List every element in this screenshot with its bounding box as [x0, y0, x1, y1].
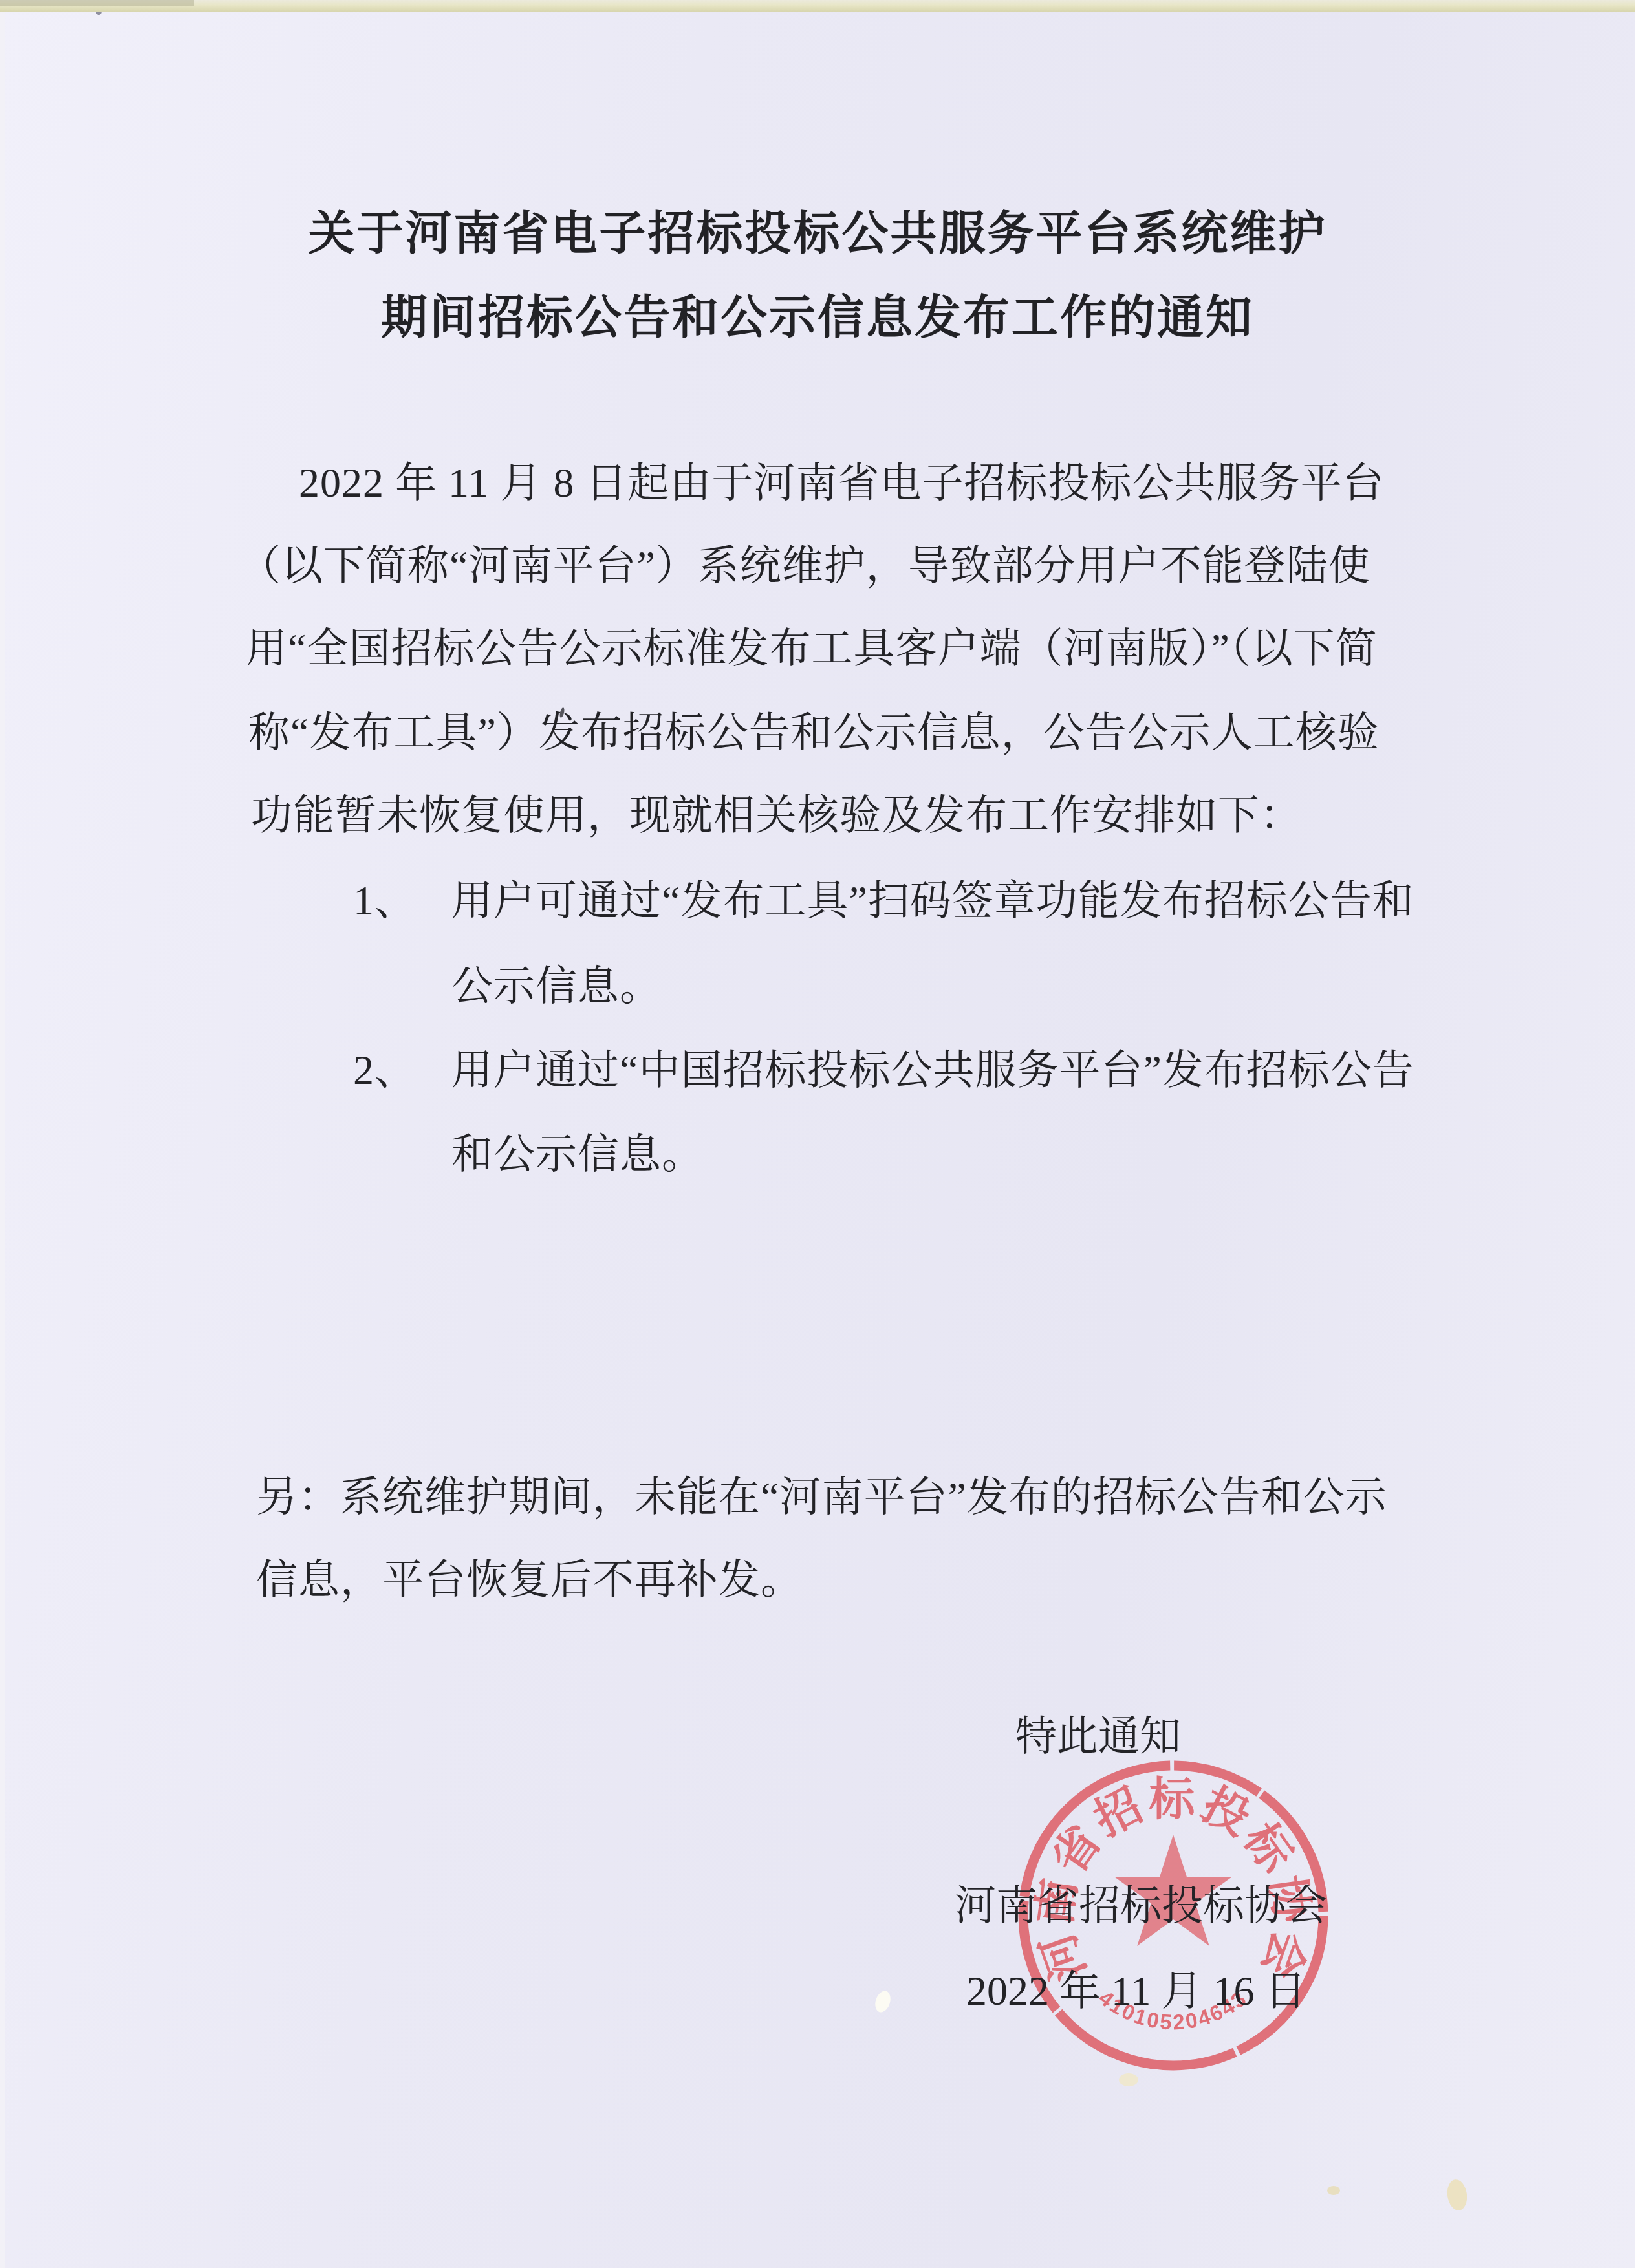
list-item-1-text: 用户可通过“发布工具”扫码签章功能发布招标公告和: [451, 877, 1414, 925]
scan-speck: [1119, 2073, 1138, 2086]
scanner-background-strip: [0, 0, 1635, 12]
note-line: 信息，平台恢复后不再补发。: [256, 1556, 803, 1604]
list-item-1-text-continued: 公示信息。: [451, 962, 662, 1010]
note-line: 另：系统维护期间，未能在“河南平台”发布的招标公告和公示: [256, 1473, 1387, 1521]
list-item-2-number: 2、: [353, 1046, 417, 1094]
closing-phrase: 特此通知: [1015, 1712, 1181, 1760]
list-item-2-text-continued: 和公示信息。: [451, 1130, 704, 1178]
list-item-1-number: 1、: [353, 877, 417, 925]
scanned-notice-page: 关于河南省电子招标投标公共服务平台系统维护 期间招标公告和公示信息发布工作的通知…: [0, 0, 1635, 2268]
body-line: 2022 年 11 月 8 日起由于河南省电子招标投标公共服务平台: [299, 459, 1385, 507]
body-line: 功能暂未恢复使用，现就相关核验及发布工作安排如下：: [251, 792, 1302, 839]
issue-date: 2022 年 11 月 16 日: [966, 1967, 1306, 2015]
body-line: 称“发布工具”）发布招标公告和公示信息，公告公示人工核验: [248, 709, 1380, 757]
document-title-line-1: 关于河南省电子招标投标公共服务平台系统维护: [0, 206, 1635, 261]
document-title-line-2: 期间招标公告和公示信息发布工作的通知: [0, 290, 1635, 345]
list-item-2-text: 用户通过“中国招标投标公共服务平台”发布招标公告: [451, 1046, 1414, 1094]
scan-speck: [1446, 2178, 1469, 2212]
issuing-organization: 河南省招标投标协会: [955, 1882, 1327, 1930]
scanner-strip-shadow: [0, 0, 194, 6]
body-line: （以下简称“河南平台”）系统维护，导致部分用户不能登陆使: [239, 542, 1370, 590]
scan-speck: [872, 1989, 893, 2014]
body-line: 用“全国招标公告公示标准发布工具客户端（河南版）”（以下简: [246, 625, 1378, 673]
scan-speck: [1327, 2186, 1340, 2195]
